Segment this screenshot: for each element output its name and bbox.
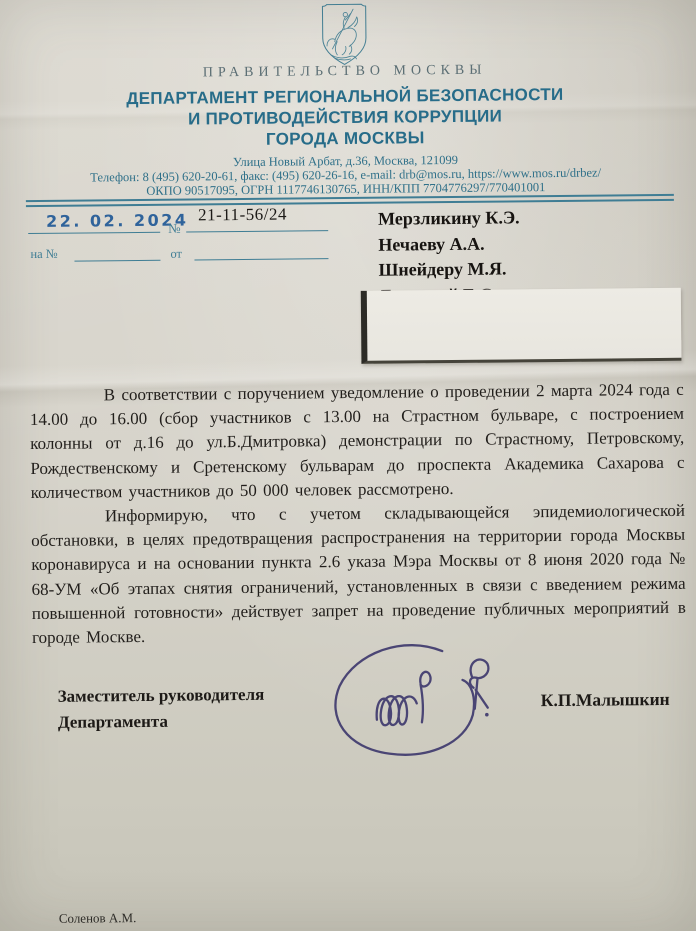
signer-title: Заместитель руководителя Департамента [58,682,265,736]
signer-title-line2: Департамента [58,708,265,736]
signer-title-line1: Заместитель руководителя [58,682,265,710]
letter-body: В соответствии с поручением уведомление … [30,378,687,650]
from-date-label: от [170,247,182,262]
date-underline [28,232,160,234]
recipient-row: Шнейдеру М.Я. [378,256,520,283]
redaction-strip [361,288,682,364]
recipient-row: Нечаеву А.А. [378,231,520,258]
reply-underline [74,260,160,262]
scanned-letter: ПРАВИТЕЛЬСТВО МОСКВЫ ДЕПАРТАМЕНТ РЕГИОНА… [0,0,696,931]
number-underline [186,230,328,232]
letter-content: ПРАВИТЕЛЬСТВО МОСКВЫ ДЕПАРТАМЕНТ РЕГИОНА… [0,0,696,931]
signature-ink [324,632,515,764]
body-paragraph-1: В соответствии с поручением уведомление … [30,378,685,505]
from-underline [194,258,328,260]
signer-name: К.П.Малышкин [541,689,670,711]
executor-name: Соленов А.М. [59,910,137,927]
government-title: ПРАВИТЕЛЬСТВО МОСКВЫ [0,61,693,84]
body-paragraph-2: Информирую, что с учетом складывающейся … [31,499,686,650]
moscow-coat-of-arms-icon [299,2,390,69]
recipient-row: Мерзликину К.Э. [378,205,520,232]
number-label: № [168,221,181,237]
outgoing-number: 21-11-56/24 [198,205,287,226]
reply-number-label: на № [30,247,57,262]
